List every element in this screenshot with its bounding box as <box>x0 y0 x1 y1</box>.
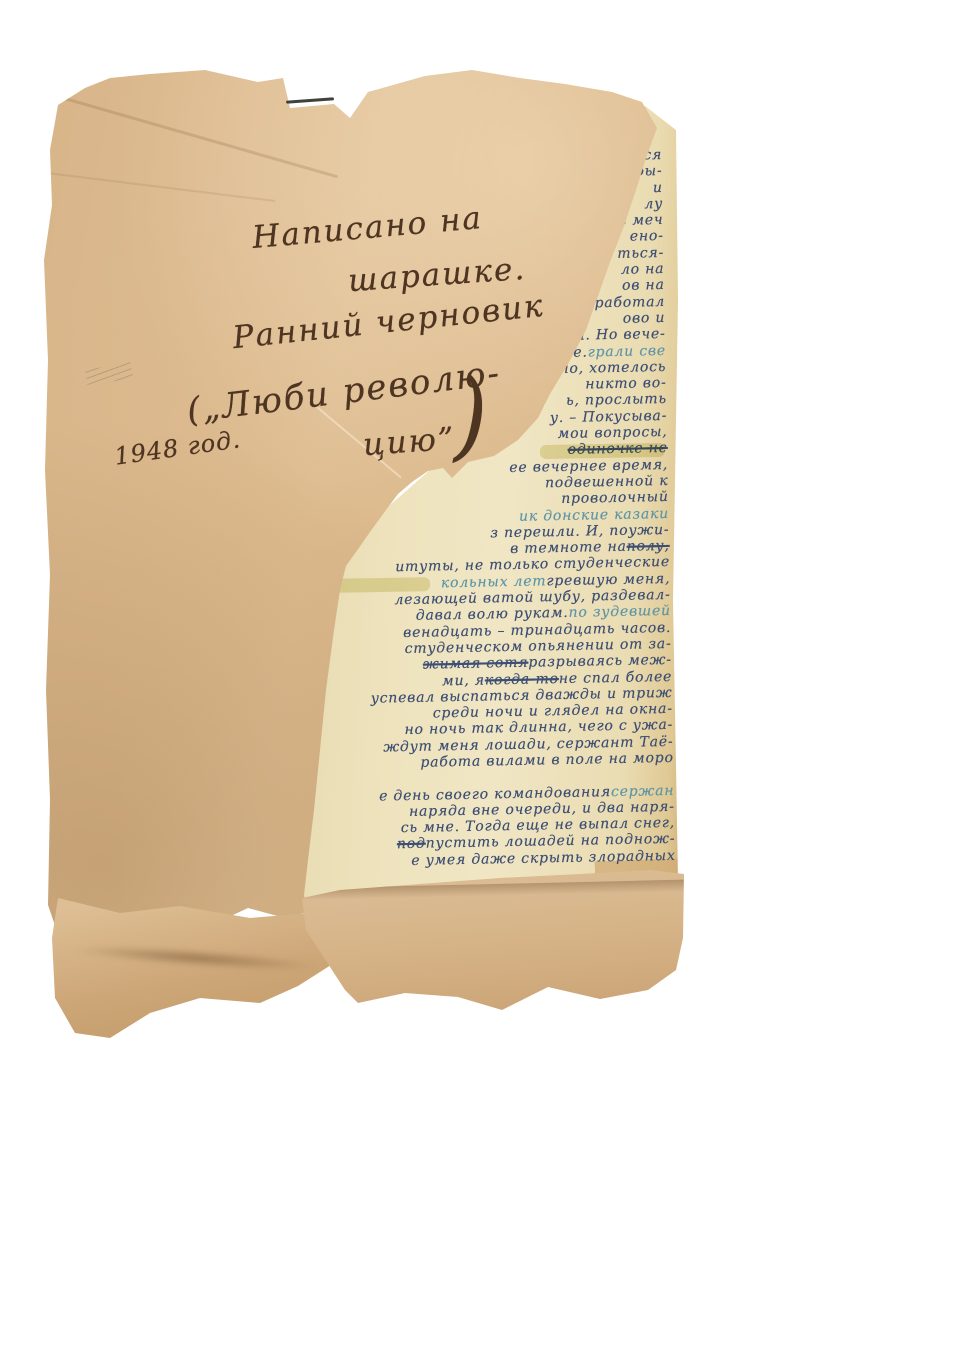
envelope-inscription-line5: цию” <box>362 421 457 463</box>
highlight-smear <box>330 577 430 593</box>
envelope-crease <box>47 172 276 202</box>
photo-scan: ся бы- и лу з меч ено- ться- ло на ов на… <box>0 0 966 1362</box>
envelope-crease <box>63 97 338 178</box>
highlight-smear <box>540 443 665 459</box>
binding-shadow <box>286 97 334 103</box>
fold-shadow <box>70 941 321 974</box>
